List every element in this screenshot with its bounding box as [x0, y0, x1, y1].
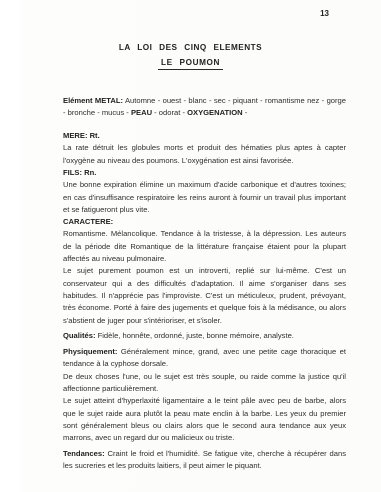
page-number: 13 [320, 9, 329, 18]
section-mere: MERE: Rt. La rate détruit les globules m… [63, 130, 346, 167]
section-physiquement-label: Physiquement: [63, 347, 117, 356]
section-qualites-label: Qualités: [63, 331, 96, 340]
section-caractere-heading: CARACTERE: [63, 216, 346, 228]
section-mere-heading: MERE: Rt. [63, 130, 346, 142]
section-caractere-paragraph-2: Le sujet purement poumon est un introver… [63, 265, 346, 326]
section-tendances: Tendances: Craint le froid et l'humidité… [63, 448, 346, 473]
section-qualites-paragraph: Qualités: Fidèle, honnête, ordonné, just… [63, 330, 346, 342]
section-physiquement-paragraph-3: Le sujet atteint d'hyperlaxité ligamenta… [63, 395, 346, 444]
section-tendances-label: Tendances: [63, 449, 105, 458]
section-physiquement-paragraph-1: Physiquement: Généralement mince, grand,… [63, 346, 346, 371]
element-items-2: - odorat - [152, 108, 187, 117]
section-fils-heading: FILS: Rn. [63, 167, 346, 179]
element-oxygen-keyword: OXYGENATION [187, 108, 243, 117]
section-fils: FILS: Rn. Une bonne expiration élimine u… [63, 167, 346, 216]
element-skin-keyword: PEAU [131, 108, 152, 117]
page-title: LA LOI DES CINQ ELEMENTS [0, 43, 381, 52]
section-mere-paragraph: La rate détruit les globules morts et pr… [63, 142, 346, 167]
section-physiquement-paragraph-2: De deux choses l'une, ou le sujet est tr… [63, 371, 346, 396]
element-items-3: - [243, 108, 248, 117]
page-subtitle-text: LE POUMON [158, 58, 223, 70]
section-qualites: Qualités: Fidèle, honnête, ordonné, just… [63, 330, 346, 342]
section-caractere: CARACTERE: Romantisme. Mélancolique. Ten… [63, 216, 346, 327]
page-subtitle: LE POUMON [0, 58, 381, 70]
section-physiquement: Physiquement: Généralement mince, grand,… [63, 346, 346, 444]
document-body: Elément METAL: Automne - ouest - blanc -… [63, 95, 346, 473]
section-caractere-paragraph-1: Romantisme. Mélancolique. Tendance à la … [63, 228, 346, 265]
element-metal-paragraph: Elément METAL: Automne - ouest - blanc -… [63, 95, 346, 120]
section-tendances-text: Craint le froid et l'humidité. Se fatigu… [63, 449, 346, 470]
element-metal-label: Elément METAL: [63, 96, 123, 105]
section-fils-paragraph: Une bonne expiration élimine un maximum … [63, 179, 346, 216]
section-qualites-text: Fidèle, honnête, ordonné, juste, bonne m… [96, 331, 294, 340]
section-tendances-paragraph: Tendances: Craint le froid et l'humidité… [63, 448, 346, 473]
document-page: 13 LA LOI DES CINQ ELEMENTS LE POUMON El… [0, 0, 381, 492]
